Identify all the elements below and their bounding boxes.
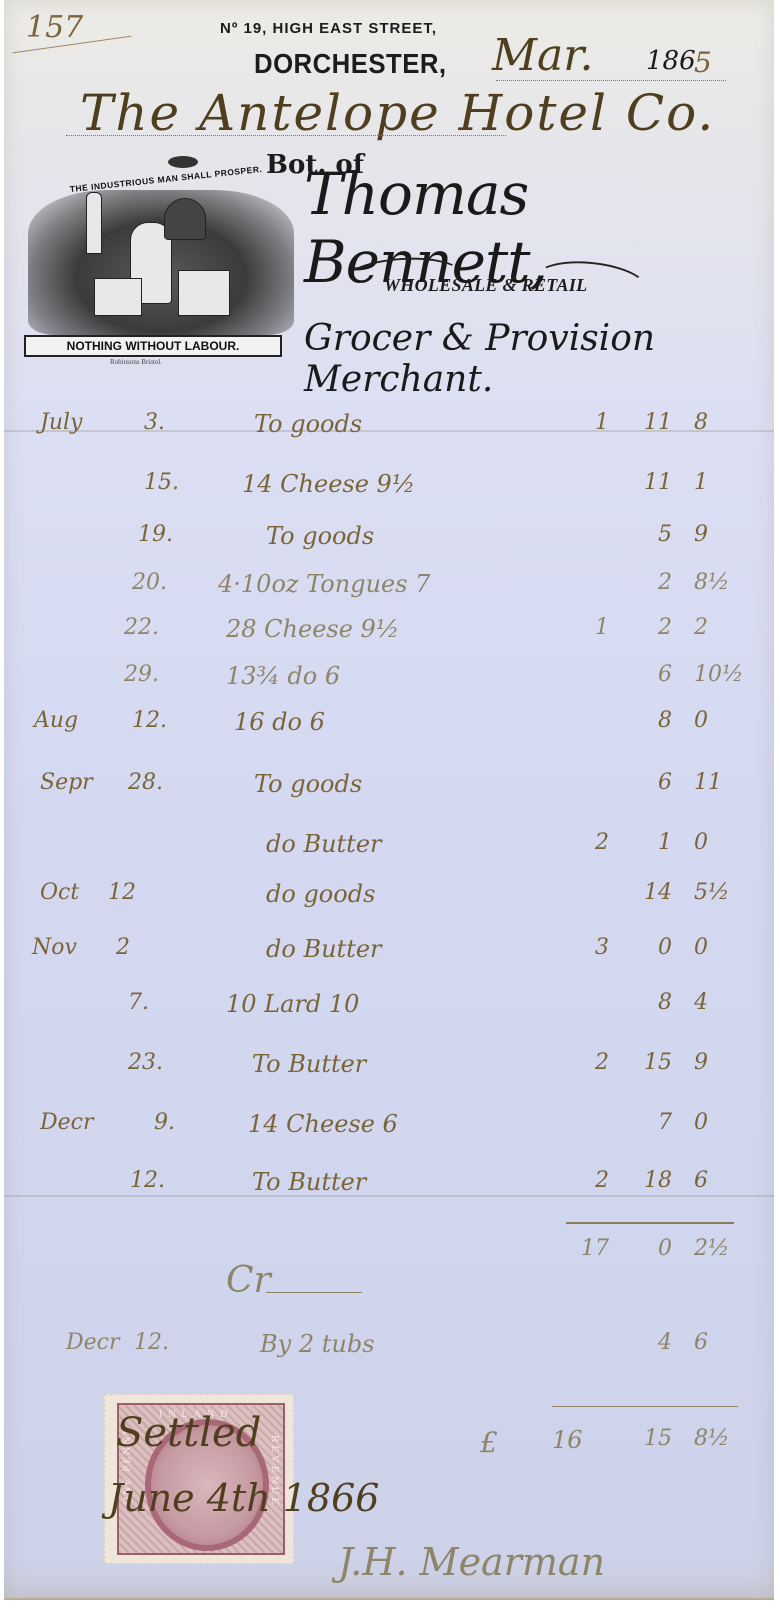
entry-month: Sepr	[40, 770, 93, 795]
entry-day: 28.	[128, 770, 163, 795]
entry-pence: 9	[694, 522, 708, 547]
entry-pence: 2	[694, 615, 708, 640]
customer-dotline	[66, 135, 506, 136]
balance-pence: 8½	[694, 1426, 729, 1451]
credit-description: By 2 tubs	[260, 1330, 375, 1358]
entry-shillings: 8	[632, 990, 672, 1015]
entry-shillings: 15	[632, 1050, 672, 1075]
entry-shillings: 11	[632, 410, 672, 435]
entry-pounds: 2	[579, 1168, 609, 1193]
entry-description: do Butter	[266, 830, 382, 858]
ledger-row: 19. To goods 5 9	[4, 522, 774, 562]
wholesale-retail-label: WHOLESALE & RETAIL	[384, 275, 587, 296]
entry-pounds: 3	[579, 935, 609, 960]
entry-pence: 9	[694, 1050, 708, 1075]
entry-day: 7.	[128, 990, 149, 1015]
ledger-row: 29. 13¾ do 6 6 10½	[4, 662, 774, 702]
entry-description: To Butter	[252, 1050, 366, 1078]
ledger-row: Aug 12. 16 do 6 8 0	[4, 708, 774, 748]
beehive-icon	[164, 198, 206, 240]
entry-pence: 0	[694, 708, 708, 733]
entry-pounds: 2	[579, 830, 609, 855]
credit-shillings: 4	[632, 1330, 672, 1355]
eye-of-providence-icon	[168, 156, 198, 168]
entry-shillings: 8	[632, 708, 672, 733]
balance-rule	[552, 1406, 738, 1407]
balance-pounds: 16	[552, 1426, 582, 1454]
entry-pence: 10½	[694, 662, 743, 687]
credit-underline	[266, 1292, 362, 1293]
customer-name: The Antelope Hotel Co.	[80, 84, 715, 142]
date-dotline	[496, 80, 726, 81]
entry-shillings: 7	[632, 1110, 672, 1135]
date-year-written: 5	[694, 46, 712, 79]
entry-pence: 11	[694, 770, 722, 795]
entry-shillings: 2	[632, 570, 672, 595]
ledger-row: 22. 28 Cheese 9½ 1 2 2	[4, 615, 774, 655]
trade-description: Grocer & Provision Merchant.	[304, 318, 774, 400]
credit-pence: 6	[694, 1330, 708, 1355]
entry-pence: 8	[694, 410, 708, 435]
entry-pence: 5½	[694, 880, 729, 905]
ledger-row: Oct 12 do goods 14 5½	[4, 880, 774, 920]
subtotal-pounds: 17	[579, 1236, 609, 1261]
entry-day: 19.	[138, 522, 173, 547]
entry-description: To Butter	[252, 1168, 366, 1196]
entry-shillings: 6	[632, 770, 672, 795]
entry-description: To goods	[266, 522, 374, 550]
entry-pounds: 2	[579, 1050, 609, 1075]
entry-shillings: 5	[632, 522, 672, 547]
entry-description: do Butter	[266, 935, 382, 963]
date-year-printed: 186	[646, 46, 696, 76]
ledger-row: 12. To Butter 2 18 6	[4, 1168, 774, 1208]
entry-description: 14 Cheese 6	[248, 1110, 398, 1138]
entry-pence: 6	[694, 1168, 708, 1193]
invoice-paper: 157 Nº 19, HIGH EAST STREET, DORCHESTER,…	[4, 0, 774, 1600]
city: DORCHESTER,	[254, 48, 447, 80]
entry-shillings: 0	[632, 935, 672, 960]
entry-description: 10 Lard 10	[226, 990, 359, 1018]
subtotal-pence: 2½	[694, 1236, 729, 1261]
subtotal-row: 17 0 2½	[4, 1236, 774, 1276]
entry-description: 28 Cheese 9½	[226, 615, 399, 643]
entry-day: 12.	[130, 1168, 165, 1193]
printer-credit: Robinsons Bristol.	[110, 358, 162, 366]
settled-note: Settled	[116, 1410, 261, 1456]
ledger-row: Decr 9. 14 Cheese 6 7 0	[4, 1110, 774, 1150]
entry-shillings: 2	[632, 615, 672, 640]
chest-icon	[178, 270, 230, 316]
ledger-row: 20. 4·10oz Tongues 7 2 8½	[4, 570, 774, 610]
entry-description: 13¾ do 6	[226, 662, 340, 690]
entry-month: Decr	[40, 1110, 94, 1135]
ledger-row: 15. 14 Cheese 9½ 11 1	[4, 470, 774, 510]
entry-pence: 8½	[694, 570, 729, 595]
entry-shillings: 14	[632, 880, 672, 905]
crate-icon	[94, 278, 142, 316]
date-month: Mar.	[492, 30, 593, 81]
ledger-row: 7. 10 Lard 10 8 4	[4, 990, 774, 1030]
credit-label: Cr	[226, 1260, 271, 1301]
entry-pence: 1	[694, 470, 708, 495]
entry-day: 12	[108, 880, 136, 905]
credit-row: Decr 12. By 2 tubs 4 6	[4, 1330, 774, 1370]
signature: J.H. Mearman	[338, 1540, 605, 1584]
letterhead-vignette: THE INDUSTRIOUS MAN SHALL PROSPER. NOTHI…	[18, 152, 304, 374]
ledger-row: Sepr 28. To goods 6 11	[4, 770, 774, 810]
entry-pence: 4	[694, 990, 708, 1015]
entry-description: To goods	[254, 410, 362, 438]
ledger-row: July 3. To goods 1 11 8	[4, 410, 774, 450]
entry-pounds: 1	[579, 410, 609, 435]
entry-description: 16 do 6	[234, 708, 325, 736]
entry-pounds: 1	[579, 615, 609, 640]
entry-pence: 0	[694, 830, 708, 855]
address: Nº 19, HIGH EAST STREET,	[220, 20, 437, 37]
entry-description: To goods	[254, 770, 362, 798]
balance-shillings: 15	[632, 1426, 672, 1451]
subtotal-shillings: 0	[632, 1236, 672, 1261]
entry-month: Nov	[32, 935, 77, 960]
entry-day: 23.	[128, 1050, 163, 1075]
entry-month: July	[40, 410, 82, 435]
entry-day: 2	[116, 935, 130, 960]
pound-sign-icon: £	[480, 1426, 498, 1459]
ledger-row: do Butter 2 1 0	[4, 830, 774, 870]
entry-shillings: 1	[632, 830, 672, 855]
subtotal-rule	[566, 1222, 734, 1224]
entry-day: 12.	[132, 708, 167, 733]
entry-month: Aug	[34, 708, 78, 733]
ledger-row: Nov 2 do Butter 3 0 0	[4, 935, 774, 975]
entry-day: 29.	[124, 662, 159, 687]
entry-shillings: 18	[632, 1168, 672, 1193]
lighthouse-icon	[86, 192, 102, 254]
entry-description: do goods	[266, 880, 375, 908]
entry-day: 15.	[144, 470, 179, 495]
entry-month: Oct	[40, 880, 79, 905]
entry-description: 4·10oz Tongues 7	[218, 570, 430, 598]
credit-month: Decr	[66, 1330, 120, 1355]
settlement-date: June 4th 1866	[108, 1476, 379, 1520]
entry-shillings: 11	[632, 470, 672, 495]
entry-description: 14 Cheese 9½	[242, 470, 415, 498]
entry-day: 9.	[154, 1110, 175, 1135]
entry-pence: 0	[694, 1110, 708, 1135]
entry-day: 22.	[124, 615, 159, 640]
vignette-motto-bottom: NOTHING WITHOUT LABOUR.	[24, 335, 282, 357]
entry-pence: 0	[694, 935, 708, 960]
entry-shillings: 6	[632, 662, 672, 687]
entry-day: 20.	[132, 570, 167, 595]
ledger-row: 23. To Butter 2 15 9	[4, 1050, 774, 1090]
credit-day: 12.	[134, 1330, 169, 1355]
folio-number: 157	[26, 10, 83, 45]
entry-day: 3.	[144, 410, 165, 435]
